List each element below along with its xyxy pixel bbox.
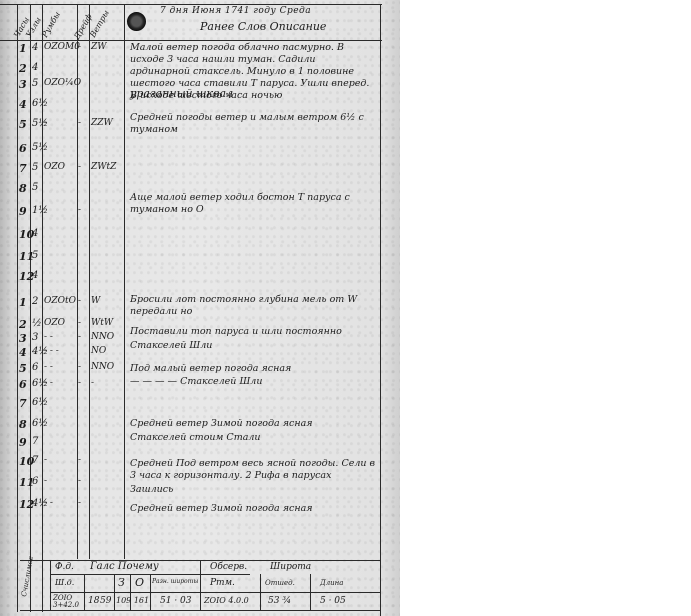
hour-cell: 2 [19, 62, 27, 75]
log-row-am: 7 5 OZO - ZWtZ [0, 162, 400, 178]
summary-header-b: Галс Почему [90, 561, 159, 572]
summary-label-c: О [135, 576, 144, 589]
hour-cell: 4 [19, 98, 27, 111]
summary-value-b: 18 [88, 596, 99, 606]
summary-label-a: Ш.д. [55, 578, 74, 587]
course-cell: - [44, 455, 47, 465]
log-row-am: 6 5½ [0, 142, 400, 158]
hour-cell: 6 [19, 378, 27, 391]
column-header-drift: Дрейф [72, 12, 94, 41]
drift-cell: - [78, 42, 81, 52]
knots-cell: 7 [32, 436, 38, 447]
knots-cell: 6 [32, 476, 38, 487]
wind-cell: ZW [91, 42, 107, 52]
summary-col-line [114, 574, 115, 610]
course-cell: OZOtO [44, 296, 76, 306]
wind-cell: NO [91, 346, 106, 356]
course-cell: OZO¼O [44, 78, 81, 88]
knots-cell: 4 [32, 228, 38, 239]
log-row-am: 11 5 [0, 250, 400, 266]
hour-cell: 1 [19, 296, 27, 309]
wind-cell: NNO [91, 332, 114, 342]
knots-cell: 7 [32, 455, 38, 466]
course-cell: - - [44, 332, 53, 342]
drift-cell: - [78, 332, 81, 342]
log-date-title: 7 дня Июня 1741 году Среда [160, 6, 311, 16]
hour-cell: 7 [19, 162, 27, 175]
knots-cell: 5 [32, 250, 38, 261]
course-cell: - [44, 476, 47, 486]
knots-cell: 5 [32, 182, 38, 193]
summary-mid-line [50, 592, 380, 593]
knots-cell: 4 [32, 42, 38, 53]
summary-col-line [84, 574, 85, 610]
hour-cell: 9 [19, 205, 27, 218]
hour-cell: 9 [19, 436, 27, 449]
drift-cell: - [78, 205, 81, 215]
course-cell: - - [44, 498, 53, 508]
log-row-am: 10 4 [0, 228, 400, 244]
summary-col-line [150, 574, 151, 610]
knots-cell: 6 [32, 362, 38, 373]
wind-cell: WtW [91, 318, 113, 328]
log-note: Средней Под ветром весь ясной погоды. Се… [130, 458, 378, 482]
course-cell: - [44, 118, 47, 128]
drift-cell: - [78, 476, 81, 486]
course-cell: OZOM0 [44, 42, 80, 52]
hour-cell: 2 [19, 318, 27, 331]
summary-label-f: Отшед. [265, 579, 295, 587]
summary-col-line [50, 560, 51, 610]
knots-cell: 5½ [32, 142, 48, 153]
drift-cell: - [78, 362, 81, 372]
summary-col-line [260, 574, 261, 610]
drift-cell: - [78, 296, 81, 306]
logbook-page: Часы Узлы Румбы Дрейф Ветры 7 дня Июня 1… [0, 0, 400, 616]
knots-cell: 4 [32, 270, 38, 281]
summary-col-line [310, 574, 311, 610]
hour-cell: 1 [19, 42, 27, 55]
wind-cell: ZWtZ [91, 162, 116, 172]
knots-cell: ½ [32, 318, 42, 329]
hour-cell: 8 [19, 418, 27, 431]
wind-cell: W [91, 296, 100, 306]
summary-header-d: Широта [270, 562, 311, 572]
drift-cell: - [78, 378, 81, 388]
drift-cell: - [78, 455, 81, 465]
log-note: Средней ветер Зимой погода ясная [130, 418, 378, 430]
log-note: Под малый ветер погода ясная [130, 363, 378, 375]
column-header-course: Румбы [40, 10, 62, 39]
summary-label-g: Длина [320, 579, 343, 587]
course-cell: OZO [44, 162, 65, 172]
summary-header-a: Ф.д. [55, 562, 74, 572]
log-note: Аще малой ветер ходил бостон Т паруса с … [130, 192, 378, 216]
log-note: Средней ветер Зимой погода ясная [130, 503, 378, 515]
knots-cell: 6½ [32, 397, 48, 408]
sun-face-icon [127, 12, 146, 31]
log-note: ураганный шквал [130, 88, 378, 100]
hour-cell: 3 [19, 332, 27, 345]
log-row-am: 12 4 [0, 270, 400, 286]
log-note: Средней погоды ветер и малым ветром 6½ с… [130, 112, 378, 136]
knots-cell: 3 [32, 332, 38, 343]
wind-cell: NNO [91, 362, 114, 372]
hour-cell: 6 [19, 142, 27, 155]
hour-cell: 4 [19, 346, 27, 359]
summary-value-h: 5 · 05 [320, 596, 346, 606]
knots-cell: 2 [32, 296, 38, 307]
log-note: Стакселей стоим Стали [130, 432, 378, 444]
summary-value-c: 59 [100, 596, 111, 606]
hour-cell: 5 [19, 118, 27, 131]
header-top-line [0, 4, 382, 5]
header-bottom-line [0, 40, 382, 41]
hour-cell: 7 [19, 397, 27, 410]
knots-cell: 5 [32, 78, 38, 89]
summary-value-g: 53 ¾ [268, 596, 291, 606]
daily-summary-table: Счислимое Ф.д. Галс Почему Обсерв. Широт… [20, 560, 380, 612]
hour-cell: 5 [19, 362, 27, 375]
summary-side-label: Счислимое [20, 555, 35, 597]
knots-cell: 5 [32, 162, 38, 173]
knots-cell: 1½ [32, 205, 48, 216]
knots-cell: 4 [32, 62, 38, 73]
log-note: Поставили топ паруса и шли постоянно [130, 326, 378, 338]
summary-label-d: Разн. широты [152, 578, 198, 585]
log-row-pm: 7 6½ [0, 397, 400, 413]
summary-label-e: Ртм. [210, 578, 235, 588]
wind-cell: ZZW [91, 118, 113, 128]
hour-cell: 8 [19, 182, 27, 195]
log-note: Зашлись [130, 484, 378, 496]
log-section-title: Ранее Слов Описание [200, 20, 326, 33]
course-cell: - - - [44, 346, 59, 356]
knots-cell: 6½ [32, 98, 48, 109]
log-note: Стакселей Шли [130, 340, 378, 352]
summary-label-b: З [118, 576, 125, 589]
course-cell: OZO [44, 318, 65, 328]
hour-cell: 3 [19, 78, 27, 91]
summary-bottom-line [20, 610, 380, 611]
log-note: — — — — Стакселей Шли [130, 376, 378, 388]
log-note: Бросили лот постоянно глубина мель от W … [130, 294, 378, 318]
drift-cell: - [78, 118, 81, 128]
course-cell: - - [44, 362, 53, 372]
knots-cell: 6½ [32, 418, 48, 429]
wind-cell: - [91, 378, 94, 388]
summary-col-line [200, 560, 201, 610]
summary-value-e: 51 · 03 [160, 596, 192, 606]
summary-header-c: Обсерв. [210, 562, 247, 572]
course-cell: - - [44, 378, 53, 388]
summary-value-d: 109 161 [116, 596, 149, 605]
drift-cell: - [78, 498, 81, 508]
summary-value-a: ZOIO 3+42.0 [53, 595, 83, 609]
drift-cell: - [78, 162, 81, 172]
summary-value-f: ZOIO 4.0.0 [204, 596, 249, 605]
column-header-wind: Ветры [88, 9, 111, 39]
drift-cell: - [78, 318, 81, 328]
